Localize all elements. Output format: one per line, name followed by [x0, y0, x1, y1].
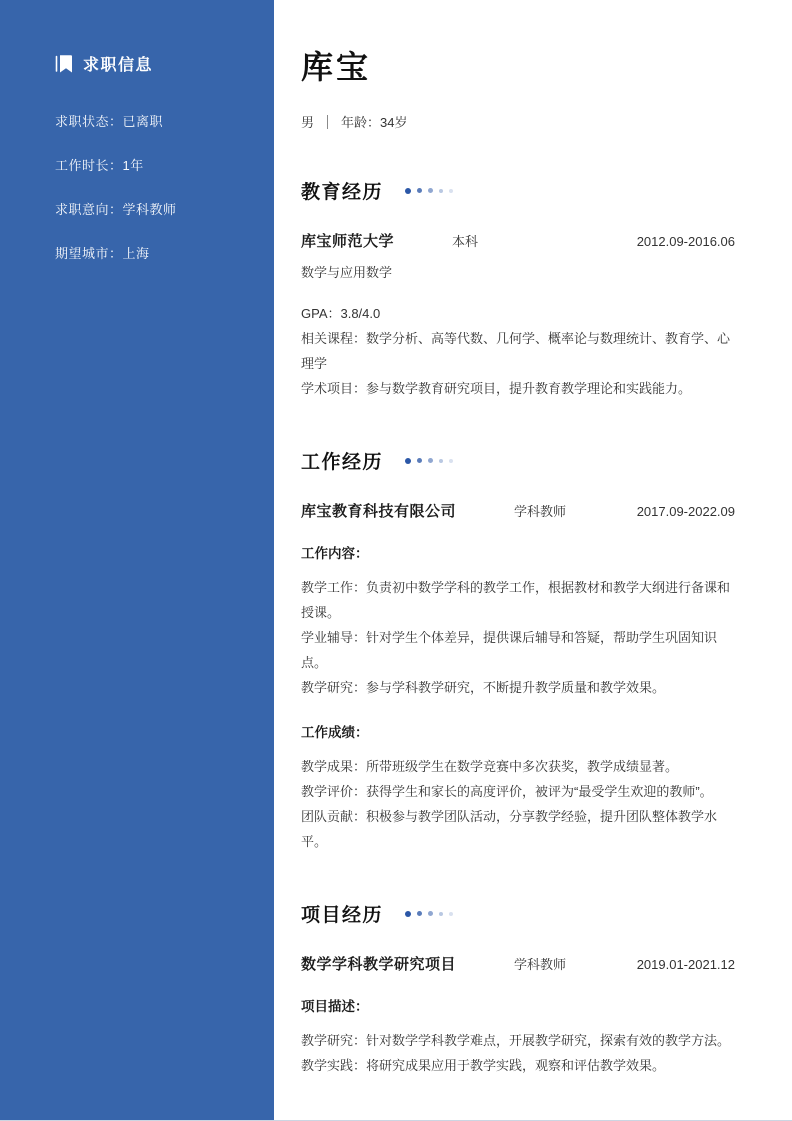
education-detail-gpa: GPA：3.8/4.0 [301, 301, 735, 326]
section-title: 工作经历 [301, 447, 383, 474]
age-label: 年龄： [341, 115, 380, 130]
sidebar: 求职信息 求职状态：已离职 工作时长：1年 求职意向：学科教师 期望城市：上海 [0, 0, 274, 1120]
section-dots-decoration [405, 188, 453, 194]
company-name: 库宝教育科技有限公司 [301, 500, 456, 521]
sidebar-item-label: 期望城市： [55, 246, 123, 261]
school-name: 库宝师范大学 [301, 230, 394, 251]
project-date-range: 2019.01-2021.12 [637, 957, 735, 972]
section-dots-decoration [405, 458, 453, 464]
project-entry-row: 数学学科教学研究项目 学科教师 2019.01-2021.12 [301, 953, 735, 974]
sidebar-item-label: 求职状态： [55, 114, 123, 129]
project-desc-item: 教学实践：将研究成果应用于教学实践，观察和评估教学效果。 [301, 1053, 735, 1078]
age-value: 34岁 [380, 115, 407, 130]
education-date-range: 2012.09-2016.06 [637, 234, 735, 249]
sidebar-item-value: 学科教师 [123, 202, 177, 217]
section-education: 教育经历 库宝师范大学 本科 2012.09-2016.06 数学与应用数学 G… [301, 177, 735, 401]
resume-page: 求职信息 求职状态：已离职 工作时长：1年 求职意向：学科教师 期望城市：上海 … [0, 0, 792, 1121]
section-title: 教育经历 [301, 177, 383, 204]
section-dots-decoration [405, 911, 453, 917]
work-content-list: 教学工作：负责初中数学学科的教学工作，根据教材和教学大纲进行备课和授课。 学业辅… [301, 575, 735, 700]
sidebar-item-job-status: 求职状态：已离职 [55, 111, 254, 130]
work-content-item: 教学研究：参与学科教学研究，不断提升教学质量和教学效果。 [301, 675, 735, 700]
sidebar-title: 求职信息 [83, 52, 153, 75]
sidebar-item-work-years: 工作时长：1年 [55, 155, 254, 174]
project-name: 数学学科教学研究项目 [301, 953, 456, 974]
sidebar-item-label: 工作时长： [55, 158, 123, 173]
section-project: 项目经历 数学学科教学研究项目 学科教师 2019.01-2021.12 项目描… [301, 900, 735, 1078]
major: 数学与应用数学 [301, 260, 735, 285]
sidebar-item-value: 已离职 [123, 114, 164, 129]
sidebar-item-expected-city: 期望城市：上海 [55, 243, 254, 262]
sidebar-item-value: 1年 [123, 158, 144, 173]
sidebar-item-value: 上海 [123, 246, 150, 261]
degree: 本科 [452, 231, 478, 250]
project-role: 学科教师 [514, 954, 566, 973]
work-achievement-item: 团队贡献：积极参与教学团队活动，分享教学经验，提升团队整体教学水平。 [301, 804, 735, 854]
bookmark-icon [55, 54, 73, 74]
job-title: 学科教师 [514, 501, 566, 520]
resume-main: 库宝 男 年龄：34岁 教育经历 库宝师范大学 本科 2012.09-2016.… [274, 0, 792, 1120]
work-date-range: 2017.09-2022.09 [637, 504, 735, 519]
age-text: 年龄：34岁 [341, 112, 407, 131]
candidate-name: 库宝 [301, 42, 735, 88]
education-entry-row: 库宝师范大学 本科 2012.09-2016.06 [301, 230, 735, 251]
work-entry-row: 库宝教育科技有限公司 学科教师 2017.09-2022.09 [301, 500, 735, 521]
education-detail-courses: 相关课程：数学分析、高等代数、几何学、概率论与数理统计、教育学、心理学 [301, 326, 735, 376]
section-work: 工作经历 库宝教育科技有限公司 学科教师 2017.09-2022.09 工作内… [301, 447, 735, 854]
work-content-item: 学业辅导：针对学生个体差异，提供课后辅导和答疑，帮助学生巩固知识点。 [301, 625, 735, 675]
project-desc-item: 教学研究：针对数学学科教学难点，开展教学研究，探索有效的教学方法。 [301, 1028, 735, 1053]
section-work-header: 工作经历 [301, 447, 735, 474]
gender-value: 男 [301, 112, 314, 131]
work-achievement-label: 工作成绩： [301, 721, 735, 741]
work-content-item: 教学工作：负责初中数学学科的教学工作，根据教材和教学大纲进行备课和授课。 [301, 575, 735, 625]
work-achievement-list: 教学成果：所带班级学生在数学竞赛中多次获奖，教学成绩显著。 教学评价：获得学生和… [301, 754, 735, 854]
work-achievement-item: 教学成果：所带班级学生在数学竞赛中多次获奖，教学成绩显著。 [301, 754, 735, 779]
work-content-label: 工作内容： [301, 542, 735, 562]
education-detail-academic: 学术项目：参与数学教育研究项目，提升教育教学理论和实践能力。 [301, 376, 735, 401]
sidebar-header: 求职信息 [55, 52, 254, 75]
project-desc-list: 教学研究：针对数学学科教学难点，开展教学研究，探索有效的教学方法。 教学实践：将… [301, 1028, 735, 1078]
section-education-header: 教育经历 [301, 177, 735, 204]
section-title: 项目经历 [301, 900, 383, 927]
work-achievement-item: 教学评价：获得学生和家长的高度评价，被评为“最受学生欢迎的教师”。 [301, 779, 735, 804]
education-details: GPA：3.8/4.0 相关课程：数学分析、高等代数、几何学、概率论与数理统计、… [301, 301, 735, 401]
candidate-meta: 男 年龄：34岁 [301, 112, 735, 131]
section-project-header: 项目经历 [301, 900, 735, 927]
sidebar-item-label: 求职意向： [55, 202, 123, 217]
project-desc-label: 项目描述： [301, 995, 735, 1015]
meta-divider [327, 115, 328, 129]
sidebar-item-job-intention: 求职意向：学科教师 [55, 199, 254, 218]
